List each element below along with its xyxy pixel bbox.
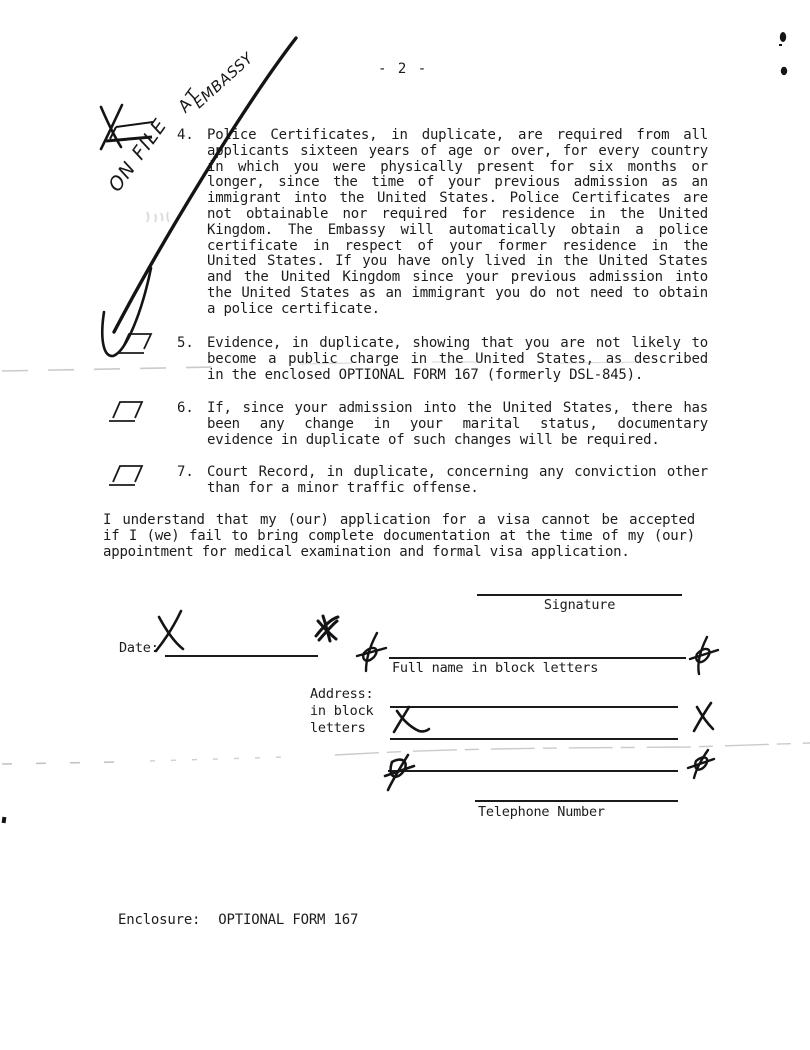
item-4-number: 4. xyxy=(177,128,194,144)
date-label: Date: xyxy=(119,640,159,657)
full-name-line xyxy=(389,657,686,659)
enclosure-row: Enclosure:OPTIONAL FORM 167 xyxy=(118,913,358,929)
enclosure-label: Enclosure: xyxy=(118,912,200,928)
handwritten-at-text: AT xyxy=(173,84,204,117)
item-5-number: 5. xyxy=(177,336,194,352)
item-5-checkbox-icon xyxy=(117,334,151,353)
item-5-text: Evidence, in duplicate, showing that you… xyxy=(207,336,708,383)
crossed-mark-left-address-icon xyxy=(385,755,414,790)
scribble-blot-icon xyxy=(316,616,338,641)
handwritten-on-file-text: ON FILE xyxy=(104,114,172,196)
handwritten-embassy-text: EMBASSY xyxy=(190,48,258,112)
scanned-document-page: - 2 - 4. Police Certificates, in duplica… xyxy=(0,0,810,1050)
telephone-line xyxy=(475,800,678,802)
item-6-checkbox-icon xyxy=(109,402,142,421)
address-line-1 xyxy=(390,706,678,708)
declaration-paragraph: I understand that my (our) application f… xyxy=(103,513,695,560)
item-4-text: Police Certificates, in duplicate, are r… xyxy=(207,128,708,318)
address-x-right-icon xyxy=(694,703,713,731)
signature-label: Signature xyxy=(477,597,682,614)
item-4-checkbox-checked-icon xyxy=(101,105,153,149)
full-name-label: Full name in block letters xyxy=(392,660,598,677)
item-6-text: If, since your admission into the United… xyxy=(207,401,708,448)
item-6-number: 6. xyxy=(177,401,194,417)
item-7-text: Court Record, in duplicate, concerning a… xyxy=(207,465,708,497)
date-x-mark-icon xyxy=(156,611,183,651)
telephone-label: Telephone Number xyxy=(478,804,605,821)
page-number: - 2 - xyxy=(378,62,428,78)
address-x-left-icon xyxy=(394,707,429,732)
crossed-mark-right-fullname-icon xyxy=(690,637,718,674)
address-label-line1: Address: xyxy=(310,686,373,703)
address-line-2 xyxy=(390,738,678,740)
address-line-3 xyxy=(388,770,678,772)
address-label-line2: in block xyxy=(310,703,373,720)
address-label-line3: letters xyxy=(310,720,366,737)
signature-line xyxy=(477,594,682,596)
crossed-mark-right-address-icon xyxy=(688,750,714,778)
date-line xyxy=(165,655,318,657)
item-7-checkbox-icon xyxy=(109,466,142,485)
faint-stamp-smudge xyxy=(147,212,169,222)
crossed-mark-left-fullname-icon xyxy=(357,633,386,671)
item-7-number: 7. xyxy=(177,465,194,481)
enclosure-value: OPTIONAL FORM 167 xyxy=(218,912,358,928)
handwritten-check-icon xyxy=(102,268,151,356)
